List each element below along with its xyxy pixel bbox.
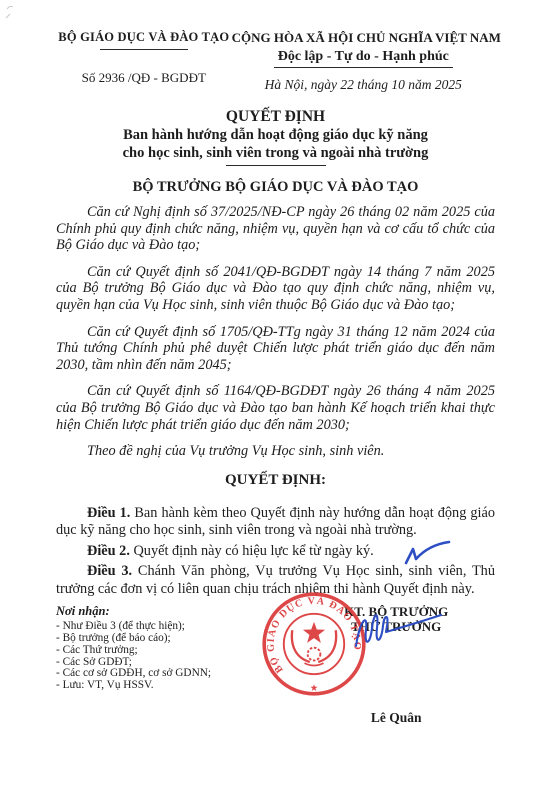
document-number: Số 2936 /QĐ - BGDĐT (56, 70, 232, 86)
title-block: QUYẾT ĐỊNH Ban hành hướng dẫn hoạt động … (56, 108, 495, 196)
decision-heading: QUYẾT ĐỊNH: (56, 472, 495, 489)
issuer-block: BỘ GIÁO DỤC VÀ ĐÀO TẠO Số 2936 /QĐ - BGD… (56, 30, 232, 93)
recital-paragraph: Căn cứ Quyết định số 2041/QĐ-BGDĐT ngày … (56, 264, 495, 314)
stamp-bottom-star: ★ (310, 683, 319, 694)
handwritten-signature (346, 598, 446, 656)
article-3-label: Điều 3. (87, 563, 132, 579)
pen-check-mark (402, 537, 454, 567)
document-subtitle-line2: cho học sinh, sinh viên trong và ngoài n… (56, 144, 495, 162)
recital-paragraph: Căn cứ Nghị định số 37/2025/NĐ-CP ngày 2… (56, 204, 495, 254)
issuing-authority: BỘ TRƯỞNG BỘ GIÁO DỤC VÀ ĐÀO TẠO (56, 179, 495, 196)
recital-paragraph: Căn cứ Quyết định số 1164/QĐ-BGDĐT ngày … (56, 383, 495, 433)
recital-paragraph: Căn cứ Quyết định số 1705/QĐ-TTg ngày 31… (56, 324, 495, 374)
article-2-text: Quyết định này có hiệu lực kể từ ngày ký… (130, 543, 374, 559)
document-subtitle-line1: Ban hành hướng dẫn hoạt động giáo dục kỹ… (56, 126, 495, 144)
decision-document-page: BỘ GIÁO DỤC VÀ ĐÀO TẠO Số 2936 /QĐ - BGD… (0, 0, 551, 797)
article-1: Điều 1. Ban hành kèm theo Quyết định này… (56, 505, 495, 540)
recital-paragraph: Theo đề nghị của Vụ trưởng Vụ Học sinh, … (56, 443, 495, 460)
issuer-underline (100, 49, 188, 50)
national-motto: Độc lập - Tự do - Hạnh phúc (274, 49, 453, 68)
national-title: CỘNG HÒA XÃ HỘI CHỦ NGHĨA VIỆT NAM (232, 30, 495, 46)
signer-name: Lê Quân (297, 710, 495, 726)
corner-pen-artifact (3, 3, 21, 23)
national-motto-block: CỘNG HÒA XÃ HỘI CHỦ NGHĨA VIỆT NAM Độc l… (232, 30, 495, 93)
place-date-line: Hà Nội, ngày 22 tháng 10 năm 2025 (232, 77, 495, 93)
issuer-name: BỘ GIÁO DỤC VÀ ĐÀO TẠO (56, 30, 232, 45)
emblem-star (303, 622, 325, 643)
document-title: QUYẾT ĐỊNH (56, 108, 495, 126)
subtitle-underline (226, 165, 326, 166)
article-2-label: Điều 2. (87, 543, 130, 559)
document-header: BỘ GIÁO DỤC VÀ ĐÀO TẠO Số 2936 /QĐ - BGD… (56, 30, 495, 93)
recitals-section: Căn cứ Nghị định số 37/2025/NĐ-CP ngày 2… (56, 204, 495, 460)
article-1-label: Điều 1. (87, 505, 130, 521)
